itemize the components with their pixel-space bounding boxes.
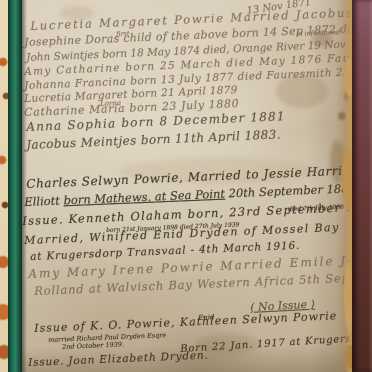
binding-shadow [22,0,27,372]
leather-cover-edge [352,0,372,372]
charles-line2-pre: Elliott [24,193,64,209]
green-binding-cloth [8,0,22,372]
entry-issue-ko-superscript: Enid [198,313,215,322]
register-page-photo: 13 Nov 1871 Lucretia Margaret Powrie Mar… [0,0,372,372]
